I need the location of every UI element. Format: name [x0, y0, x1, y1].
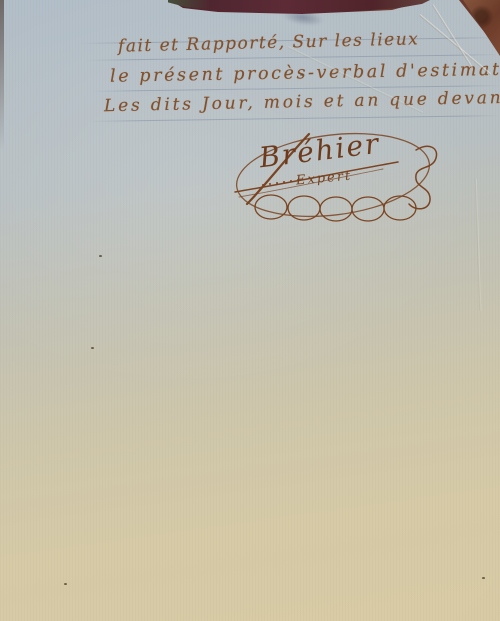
- ruled-line: [88, 115, 500, 122]
- paper-left-edge-shadow: [0, 0, 4, 150]
- handwritten-line-3: Les dits Jour, mois et an que devant: [104, 88, 500, 117]
- paper-speck: [91, 347, 94, 349]
- paper-speck: [99, 255, 102, 257]
- paper-crease: [475, 179, 481, 311]
- handwritten-line-1: fait et Rapporté, Sur les lieux: [118, 29, 420, 56]
- paper-crease: [432, 4, 472, 68]
- paper-speck: [300, 74, 303, 76]
- manuscript-photo: fait et Rapporté, Sur les lieux le prése…: [0, 0, 500, 621]
- paper-speck: [64, 583, 67, 585]
- handwritten-line-2: le présent procès-verbal d'estimation: [110, 59, 500, 86]
- paper-speck: [482, 577, 485, 579]
- manuscript-paper: fait et Rapporté, Sur les lieux le prése…: [0, 0, 500, 621]
